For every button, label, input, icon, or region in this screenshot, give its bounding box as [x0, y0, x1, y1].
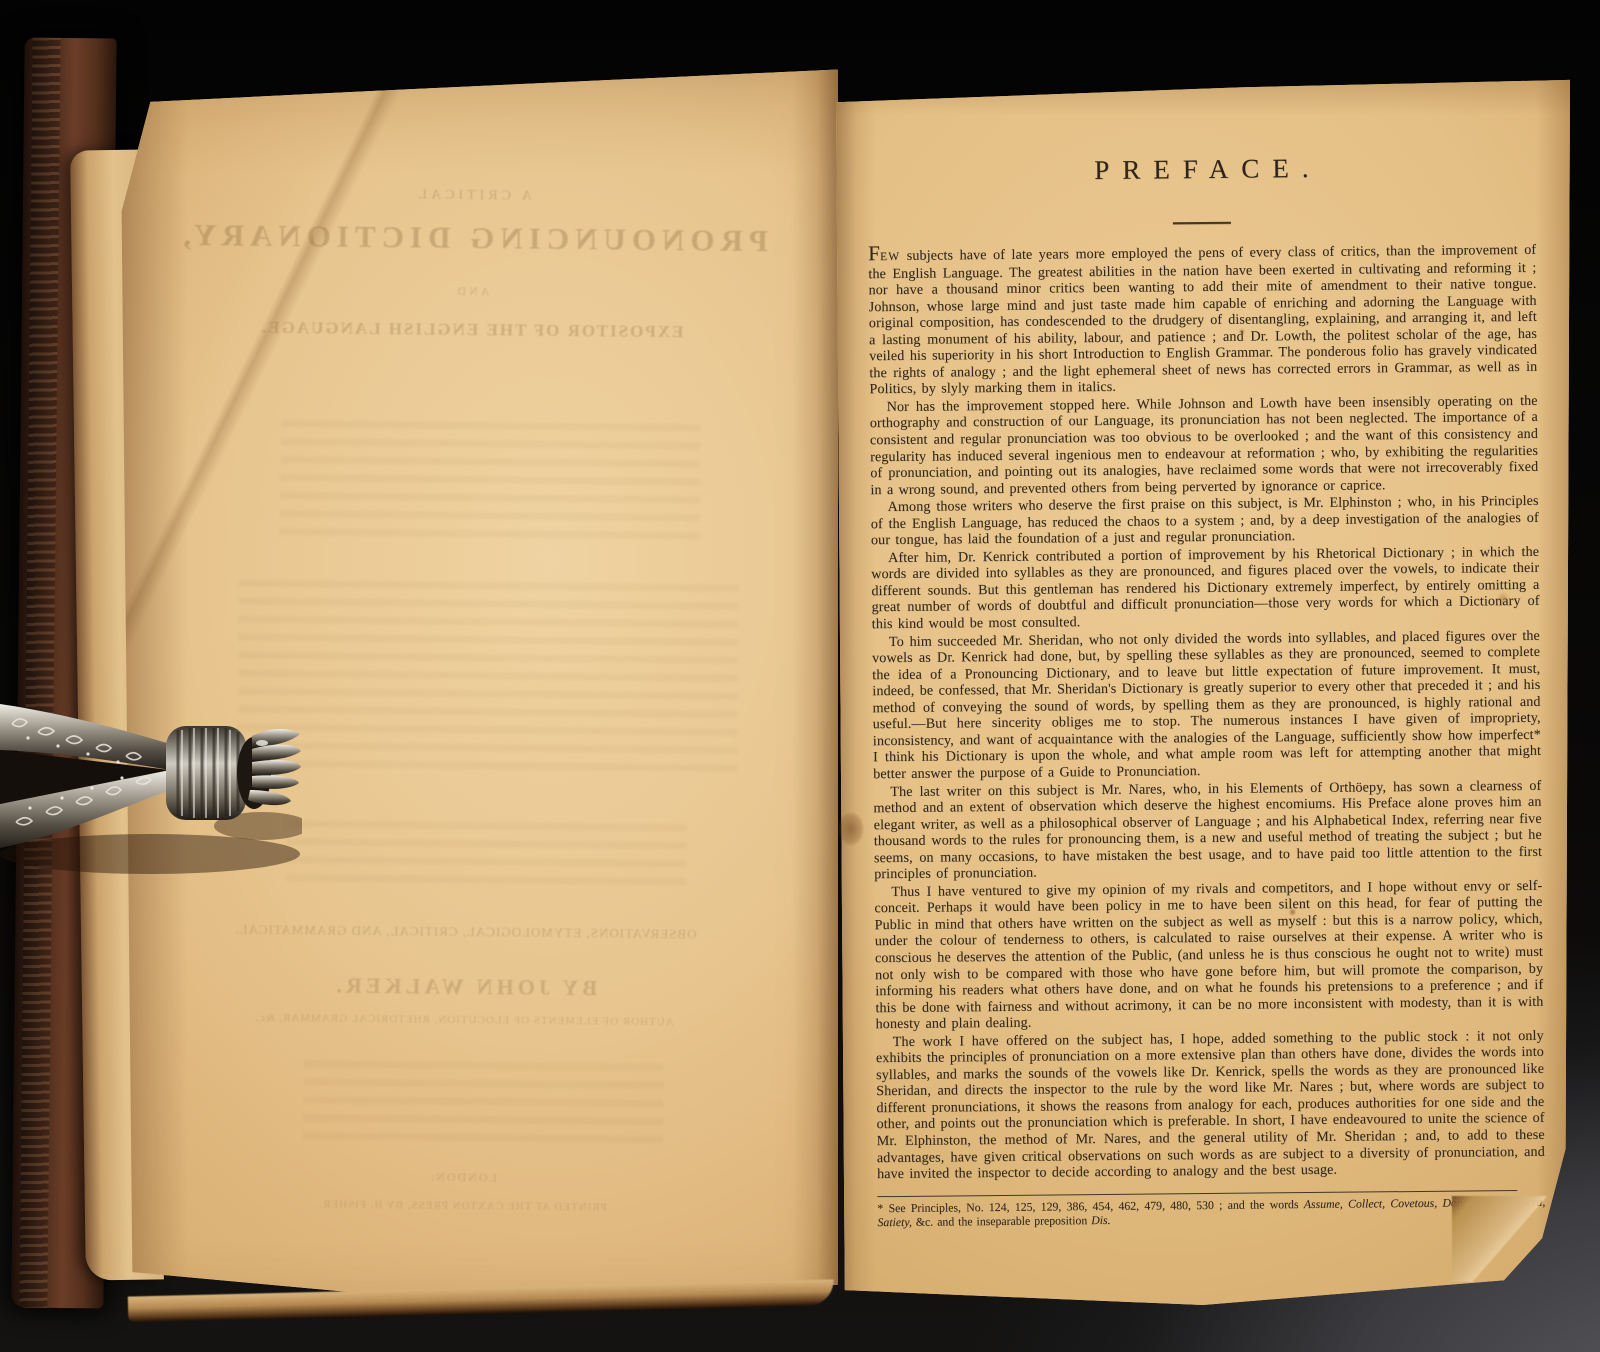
ghost-line-printer: PRINTED AT THE CAXTON PRESS, BY H. FISHE… — [142, 1197, 782, 1216]
ghost-line-and: AND — [152, 281, 792, 303]
preface-text-column: FEW subjects have of late years more emp… — [868, 240, 1545, 1183]
paragraph: Nor has the improvement stopped here. Wh… — [870, 393, 1539, 499]
right-page: PREFACE. FEW subjects have of late years… — [836, 70, 1570, 1310]
ghost-line-observations: OBSERVATIONS, ETYMOLOGICAL, CRITICAL, AN… — [145, 921, 785, 944]
paragraph: FEW subjects have of late years more emp… — [868, 240, 1537, 398]
title-rule — [1173, 222, 1231, 225]
ghost-line-author: AUTHOR OF ELEMENTS OF ELOCUTION, RHETORI… — [144, 1011, 784, 1030]
paragraph: Among those writers who deserve the firs… — [871, 493, 1539, 549]
ghost-line-a-critical: A CRITICAL — [153, 185, 793, 208]
paragraph-text: subjects have of late years more employe… — [868, 242, 1537, 398]
bookmark-illustration — [0, 686, 302, 888]
ghost-blur-block — [286, 820, 687, 894]
gutter-shadow-left — [792, 62, 838, 1307]
stain-spot — [1288, 908, 1297, 916]
ghost-line-london: LONDON: — [143, 1167, 783, 1189]
lead-small-caps: EW — [880, 251, 900, 263]
show-through-text: A CRITICAL PRONOUNCING DICTIONARY, AND E… — [141, 59, 794, 1311]
footnote: * See Principles, No. 124, 125, 129, 386… — [877, 1195, 1545, 1230]
ghost-blur-block — [237, 580, 739, 775]
paragraph: The last writer on this subject is Mr. N… — [873, 777, 1542, 883]
footnote-italic-dis: Dis. — [1091, 1213, 1110, 1227]
ghost-line-title: PRONOUNCING DICTIONARY, — [153, 217, 793, 260]
paragraph: To him succeeded Mr. Sheridan, who not o… — [872, 627, 1541, 782]
metal-bookmark-clasp — [0, 686, 302, 888]
ghost-line-byline: BY JOHN WALKER. — [145, 971, 785, 1004]
stain-spot — [838, 812, 864, 846]
left-page: A CRITICAL PRONOUNCING DICTIONARY, AND E… — [118, 62, 838, 1307]
stain-spot — [1238, 328, 1246, 335]
footnote-text: &c. and the inseparable preposition — [912, 1214, 1091, 1230]
stain-spot — [1496, 592, 1510, 604]
book-photo: A CRITICAL PRONOUNCING DICTIONARY, AND E… — [0, 0, 1600, 1352]
preface-page-content: PREFACE. FEW subjects have of late years… — [866, 67, 1545, 1230]
ghost-blur-block — [280, 420, 701, 544]
drop-cap: F — [868, 241, 880, 265]
paragraph: After him, Dr. Kenrick contributed a por… — [871, 544, 1540, 633]
ghost-line-expositor: EXPOSITOR OF THE ENGLISH LANGUAGE. — [152, 317, 792, 344]
page-title: PREFACE. — [867, 151, 1535, 188]
ghost-blur-block — [303, 1060, 664, 1144]
paragraph: Thus I have ventured to give my opinion … — [874, 878, 1543, 1033]
paragraph: The work I have offered on the subject h… — [876, 1027, 1545, 1182]
